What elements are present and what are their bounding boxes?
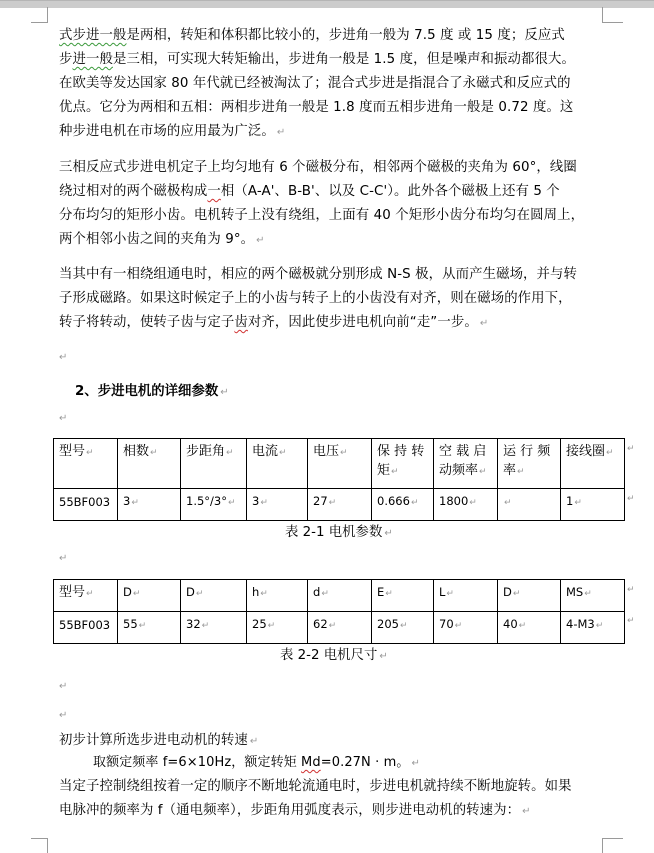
text-line: 式步进一般是两相，转矩和体积都比较小的，步进角一般为 7.5 度 或 15 度；…: [59, 24, 604, 48]
calc-title[interactable]: 初步计算所选步进电动机的转速↵: [59, 729, 604, 753]
cell-mark-icon: ↵: [139, 621, 147, 631]
text-run: 绕过相对的两个磁极构成: [59, 184, 207, 199]
cell-mark-icon: ↵: [86, 448, 94, 458]
text-line: 优点。它分为两相和五相：两相步进角一般是 1.8 度而五相步进角一般是 0.72…: [59, 96, 604, 120]
text-run: 电脉冲的频率为 f（通电频率），步距角用弧度表示，则步进电动机的转速为：: [59, 803, 520, 818]
text-line: 三相反应式步进电机定子上均匀地有 6 个磁极分布，相邻两个磁极的夹角为 60°，…: [59, 156, 604, 180]
text-run: 是两相，转矩和体积都比较小的，步进角一般为 7.5 度 或 15 度；反应式: [126, 28, 564, 43]
cell-mark-icon: ↵: [340, 448, 348, 458]
row-end-mark-icon: ↵: [627, 494, 635, 504]
text-line: 转子将转动，使转子齿与定子齿对齐，因此使步进电机向前“走”一步。↵: [59, 311, 604, 335]
table-cell[interactable]: 0.666↵: [372, 489, 434, 521]
table-cell[interactable]: 1↵: [561, 489, 625, 521]
heading-text: 2、步进电机的详细参数: [75, 384, 218, 399]
table-cell[interactable]: 1800↵: [434, 489, 498, 521]
cell-mark-icon: ↵: [260, 498, 268, 508]
page-margin-corner-bottom-left: [31, 838, 48, 853]
paragraph-mark-icon: ↵: [256, 235, 264, 246]
table-cell[interactable]: 3↵: [118, 489, 181, 521]
page-margin-corner-top-right: [602, 7, 623, 23]
cell-mark-icon: ↵: [469, 498, 477, 508]
cell-mark-icon: ↵: [279, 448, 287, 458]
table-cell[interactable]: 1.5°/3°↵: [181, 489, 247, 521]
text-line: 在欧美等发达国家 80 年代就已经被淘汰了；混合式步进是指混合了永磁式和反应式的: [59, 72, 604, 96]
text-run: 转子将转动，使转子齿与定子: [59, 315, 234, 330]
cell-mark-icon: ↵: [574, 498, 582, 508]
table-row: 55BF003 55↵ 32↵ 25↵ 62↵ 205↵ 70↵ 40↵ 4-M…: [54, 612, 625, 644]
text-line: 两个相邻小齿之间的夹角为 9°。↵: [59, 228, 604, 252]
text-line: 当定子控制绕组按着一定的顺序不断地轮流通电时，步进电机就持续不断地旋转。如果: [59, 775, 604, 799]
motor-dimensions-table[interactable]: 型号↵ D↵ D↵ h↵ d↵ E↵ L↵ D↵ MS↵ 55BF003 55↵…: [53, 579, 625, 644]
header-cell[interactable]: d↵: [308, 580, 372, 612]
table-cell[interactable]: 70↵: [434, 612, 498, 644]
header-cell[interactable]: D↵: [118, 580, 181, 612]
paragraph-mark-icon: ↵: [220, 387, 228, 398]
table-header-row: 型号↵ 相数↵ 步距角↵ 电流↵ 电压↵ 保 持 转矩↵ 空 载 启动频率↵ 运…: [54, 439, 625, 489]
cell-mark-icon: ↵: [268, 621, 276, 631]
text-run: 两个相邻小齿之间的夹角为 9°。: [59, 232, 254, 247]
header-cell[interactable]: 接线圈↵: [561, 439, 625, 489]
cell-mark-icon: ↵: [202, 621, 210, 631]
table-caption: 表 2-1 电机参数↵: [285, 521, 393, 540]
header-cell[interactable]: 步距角↵: [181, 439, 247, 489]
cell-mark-icon: ↵: [385, 589, 393, 599]
empty-paragraph-mark-icon[interactable]: ↵: [59, 553, 67, 564]
paragraph-mark-icon: ↵: [522, 806, 530, 817]
cell-mark-icon: ↵: [584, 589, 592, 599]
table-cell[interactable]: 25↵: [247, 612, 308, 644]
table-cell[interactable]: 55BF003: [54, 489, 118, 521]
empty-paragraph-mark-icon[interactable]: ↵: [59, 710, 67, 721]
text-line: 步进一般是三相，可实现大转矩输出，步进角一般是 1.5 度，但是噪声和振动都很大…: [59, 48, 604, 72]
paragraph-mark-icon: ↵: [250, 736, 258, 747]
table-header-row: 型号↵ D↵ D↵ h↵ d↵ E↵ L↵ D↵ MS↵: [54, 580, 625, 612]
page-margin-corner-bottom-right: [602, 838, 623, 853]
header-cell[interactable]: D↵: [498, 580, 561, 612]
cell-mark-icon: ↵: [260, 589, 268, 599]
text-line: 种步进电机在市场的应用最为广泛。↵: [59, 120, 604, 144]
table-cell[interactable]: ↵: [498, 489, 561, 521]
cell-mark-icon: ↵: [411, 498, 419, 508]
empty-paragraph-mark-icon[interactable]: ↵: [59, 413, 67, 424]
cell-mark-icon: ↵: [517, 467, 525, 477]
cell-mark-icon: ↵: [596, 621, 604, 631]
cell-mark-icon: ↵: [606, 448, 614, 458]
header-cell[interactable]: 电压↵: [308, 439, 372, 489]
cell-mark-icon: ↵: [455, 621, 463, 631]
cell-mark-icon: ↵: [226, 448, 234, 458]
section-heading[interactable]: 2、步进电机的详细参数↵: [75, 380, 229, 399]
cell-mark-icon: ↵: [131, 498, 139, 508]
spelling-flag[interactable]: 齿: [234, 315, 248, 330]
cell-mark-icon: ↵: [400, 621, 408, 631]
cell-mark-icon: ↵: [391, 467, 399, 477]
text-run: 对齐，因此使步进电机向前“走”一步。: [248, 315, 478, 330]
text-line: 电脉冲的频率为 f（通电频率），步距角用弧度表示，则步进电动机的转速为：↵: [59, 799, 604, 823]
calc-parameters[interactable]: 取额定频率 f=6×10Hz，额定转矩 Md=0.27N · m。↵: [93, 751, 638, 775]
empty-paragraph-mark-icon[interactable]: ↵: [59, 681, 67, 692]
grammar-flag[interactable]: 式步进一般: [59, 28, 126, 43]
header-cell[interactable]: h↵: [247, 580, 308, 612]
header-cell[interactable]: 保 持 转矩↵: [372, 439, 434, 489]
cell-mark-icon: ↵: [86, 589, 94, 599]
table-cell[interactable]: 32↵: [181, 612, 247, 644]
header-cell[interactable]: 型号↵: [54, 439, 118, 489]
paragraph-reactive-stepper[interactable]: 三相反应式步进电机定子上均匀地有 6 个磁极分布，相邻两个磁极的夹角为 60°，…: [59, 156, 604, 252]
paragraph-mark-icon: ↵: [480, 318, 488, 329]
header-cell[interactable]: D↵: [181, 580, 247, 612]
cell-mark-icon: ↵: [228, 498, 236, 508]
table-caption: 表 2-2 电机尺寸↵: [280, 644, 388, 663]
table-cell[interactable]: 4-M3↵: [561, 612, 625, 644]
cell-mark-icon: ↵: [519, 621, 527, 631]
header-cell[interactable]: L↵: [434, 580, 498, 612]
table-cell[interactable]: 3↵: [247, 489, 308, 521]
header-cell[interactable]: MS↵: [561, 580, 625, 612]
table-cell[interactable]: 55BF003: [54, 612, 118, 644]
toolbar-edge: [0, 0, 654, 8]
row-end-mark-icon: ↵: [627, 585, 635, 595]
text-run: 取额定频率 f=6×10Hz，额定转矩: [93, 755, 301, 770]
text-line: 子形成磁路。如果这时候定子上的小齿与转子上的小齿没有对齐，则在磁场的作用下，: [59, 287, 604, 311]
table-row: 55BF003 3↵ 1.5°/3°↵ 3↵ 27↵ 0.666↵ 1800↵ …: [54, 489, 625, 521]
text-line: 绕过相对的两个磁极构成一相（A-A'、B-B'、以及 C-C'）。此外各个磁极上…: [59, 180, 604, 204]
motor-parameters-table[interactable]: 型号↵ 相数↵ 步距角↵ 电流↵ 电压↵ 保 持 转矩↵ 空 载 启动频率↵ 运…: [53, 438, 625, 521]
header-cell[interactable]: 相数↵: [118, 439, 181, 489]
paragraph-mark-icon: ↵: [384, 528, 392, 539]
text-run: =0.27N · m。: [321, 755, 410, 770]
cell-mark-icon: ↵: [479, 467, 487, 477]
text-run: 是三相，可实现大转矩输出，步进角一般是 1.5 度，但是噪声和振动都很大。: [113, 52, 575, 67]
paragraph-mark-icon: ↵: [411, 758, 419, 769]
header-cell[interactable]: 电流↵: [247, 439, 308, 489]
text-run: 初步计算所选步进电动机的转速: [59, 733, 248, 748]
paragraph-energized-phase[interactable]: 当其中有一相绕组通电时，相应的两个磁极就分别形成 N-S 极，从而产生磁场，并与…: [59, 263, 604, 335]
table-cell[interactable]: 27↵: [308, 489, 372, 521]
text-line: 取额定频率 f=6×10Hz，额定转矩 Md=0.27N · m。↵: [93, 751, 638, 775]
table-cell[interactable]: 205↵: [372, 612, 434, 644]
header-cell[interactable]: 型号↵: [54, 580, 118, 612]
text-run: 步: [59, 52, 73, 67]
empty-paragraph-mark-icon[interactable]: ↵: [59, 352, 67, 363]
row-end-mark-icon: ↵: [627, 444, 635, 454]
text-run: 相（A-A'、B-B'、以及 C-C'）。此外各个磁极上还有 5 个: [221, 184, 560, 199]
cell-mark-icon: ↵: [513, 589, 521, 599]
paragraph-mark-icon: ↵: [379, 651, 387, 662]
header-cell[interactable]: E↵: [372, 580, 434, 612]
row-end-mark-icon: ↵: [627, 616, 635, 626]
cell-mark-icon: ↵: [329, 498, 337, 508]
paragraph-mark-icon: ↵: [277, 127, 285, 138]
text-run: 种步进电机在市场的应用最为广泛。: [59, 124, 275, 139]
spelling-flag[interactable]: Md: [301, 755, 321, 770]
grammar-flag[interactable]: 进一般: [73, 52, 113, 67]
page-margin-corner-top-left: [31, 7, 48, 23]
table-cell[interactable]: 55↵: [118, 612, 181, 644]
header-cell[interactable]: 运 行 频率↵: [498, 439, 561, 489]
cell-mark-icon: ↵: [446, 589, 454, 599]
cell-mark-icon: ↵: [329, 621, 337, 631]
text-line: 当其中有一相绕组通电时，相应的两个磁极就分别形成 N-S 极，从而产生磁场，并与…: [59, 263, 604, 287]
table-cell[interactable]: 62↵: [308, 612, 372, 644]
cell-mark-icon: ↵: [196, 589, 204, 599]
header-cell[interactable]: 空 载 启动频率↵: [434, 439, 498, 489]
text-line: 初步计算所选步进电动机的转速↵: [59, 729, 604, 753]
table-cell[interactable]: 40↵: [498, 612, 561, 644]
text-line: 分布均匀的矩形小齿。电机转子上没有绕组，上面有 40 个矩形小齿分布均匀在圆周上…: [59, 204, 604, 228]
spelling-flag[interactable]: 一: [207, 184, 221, 199]
cell-mark-icon: ↵: [150, 448, 158, 458]
cell-mark-icon: ↵: [133, 589, 141, 599]
cell-mark-icon: ↵: [504, 498, 512, 508]
cell-mark-icon: ↵: [321, 589, 329, 599]
paragraph-stepper-types[interactable]: 式步进一般是两相，转矩和体积都比较小的，步进角一般为 7.5 度 或 15 度；…: [59, 24, 604, 144]
paragraph-rotation-speed[interactable]: 当定子控制绕组按着一定的顺序不断地轮流通电时，步进电机就持续不断地旋转。如果 电…: [59, 775, 604, 823]
